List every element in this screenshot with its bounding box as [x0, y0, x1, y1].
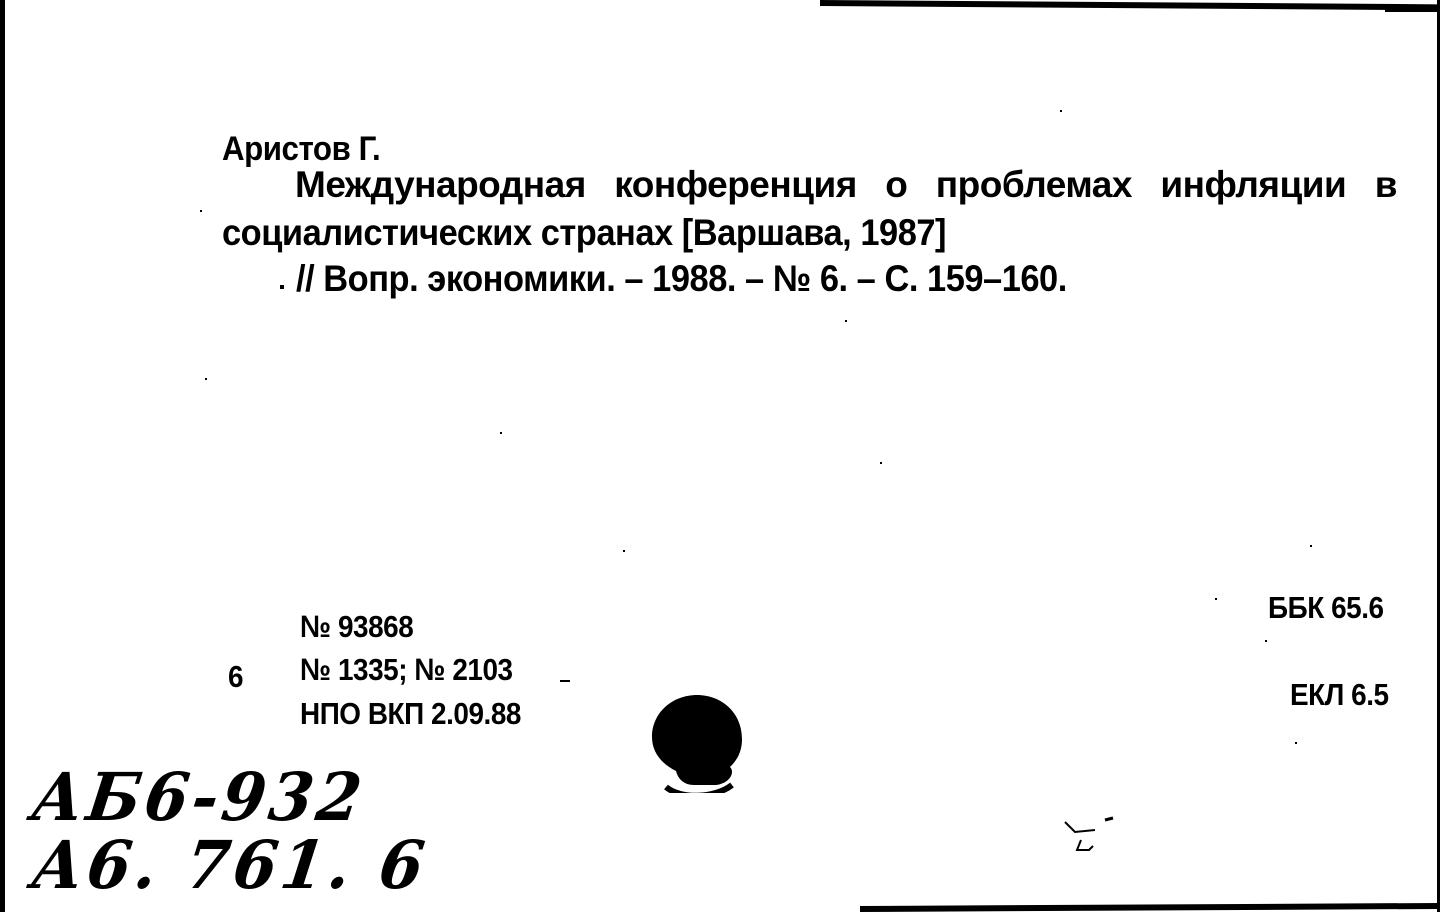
copies-count: 6 — [228, 659, 243, 695]
scan-speck — [560, 680, 570, 682]
scan-edge-top — [820, 0, 1440, 10]
title-line-1: Международная конференция о проблемах ин… — [222, 164, 1397, 206]
title-word: конференция — [614, 164, 857, 206]
scan-speck — [1215, 598, 1217, 600]
scan-speck — [845, 320, 847, 322]
handwritten-shelf-mark-2: А6. 761. 6 — [28, 826, 433, 904]
title-word: инфляции — [1160, 164, 1346, 206]
scan-edge-left — [0, 0, 5, 912]
scan-speck — [1265, 640, 1267, 642]
scan-speck — [1310, 545, 1312, 547]
ekl-code: ЕКЛ 6.5 — [1290, 677, 1389, 713]
scan-speck — [500, 432, 502, 434]
punch-hole-icon — [650, 693, 745, 793]
title-word: Международная — [295, 164, 586, 206]
bbk-code: ББК 65.6 — [1268, 590, 1384, 626]
stray-pencil-mark — [1055, 810, 1115, 860]
copy-numbers: № 1335; № 2103 — [300, 652, 513, 688]
source-citation: // Вопр. экономики. – 1988. – № 6. – С. … — [296, 258, 1067, 300]
scan-speck — [200, 210, 202, 212]
scan-speck — [205, 378, 207, 380]
scan-speck — [280, 285, 284, 289]
title-word: в — [1375, 164, 1397, 206]
inventory-number: № 93868 — [300, 609, 413, 645]
scan-edge-bottom — [860, 903, 1440, 912]
title-word: проблемах — [936, 164, 1132, 206]
title-line-2: социалистических странах [Варшава, 1987] — [222, 212, 946, 254]
department-date: НПО ВКП 2.09.88 — [300, 696, 521, 732]
scan-speck — [623, 550, 625, 552]
title-word: о — [885, 164, 907, 206]
catalog-card: Аристов Г. Международная конференция о п… — [0, 0, 1440, 912]
handwritten-shelf-mark-1: АБ6-932 — [28, 758, 370, 836]
scan-speck — [1295, 742, 1297, 744]
scan-edge-top-right — [1385, 6, 1440, 12]
scan-speck — [1060, 110, 1062, 112]
scan-speck — [880, 462, 882, 464]
